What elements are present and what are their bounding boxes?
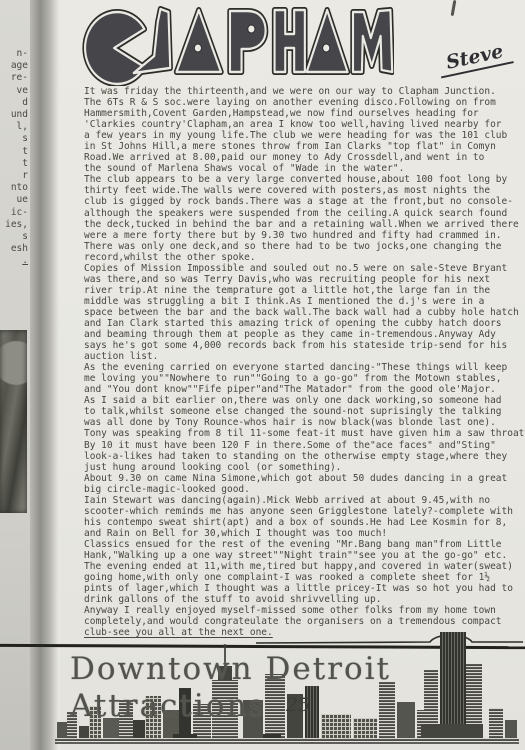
body-line: just hung around looking cool (or someth… — [84, 462, 524, 473]
body-line: the sound of Marlena Shaws vocal of "Wad… — [84, 163, 524, 174]
body-line: space between the bar and the back wall.… — [84, 307, 524, 318]
body-line: and "You dont know""Fife piper"and"The M… — [84, 384, 524, 395]
body-line: although the speakers were suspended fro… — [84, 208, 524, 219]
body-line: says he's got some 4,000 records back fr… — [84, 340, 524, 351]
body-line: The 6Ts R & S soc.were laying on another… — [84, 97, 524, 108]
body-line: and beaming through them at people as th… — [84, 329, 524, 340]
body-line: a few years in my young life.The club we… — [84, 130, 524, 141]
body-line: Road.We arrived at 8.00,paid our money t… — [84, 152, 524, 163]
body-line: was all done by Tony Rounce-whos hair is… — [84, 417, 524, 428]
body-line: 'Clarkies country'Clapham,an area I know… — [84, 119, 524, 130]
body-line: Anyway I really enjoyed myself-missed so… — [84, 605, 524, 616]
body-line: big circle-magic-looked good. — [84, 484, 524, 495]
body-line: thirty feet wide.The walls were covered … — [84, 185, 524, 196]
body-line: scooter-which reminds me has anyone seen… — [84, 506, 524, 517]
body-line: look-a-likes had taken to standing on th… — [84, 451, 524, 462]
body-line: Hank,"Walking up a one way street""Night… — [84, 550, 524, 561]
page-title: CLAPHAM — [0, 0, 1, 1]
body-line: completely,and would congrateulate the o… — [84, 616, 524, 627]
article-body: It was friday the thirteenth,and we were… — [84, 86, 524, 638]
fanzine-page-scan: n-agere-vedundl,sttrntoueic-ies,sesh. — [0, 0, 525, 750]
body-line: to talk,whilst someone else changed the … — [84, 406, 524, 417]
article-page: CLAPHAM Steve It was friday the thirteen… — [0, 0, 525, 750]
body-line: Hammersmith,Covent Garden,Hampstead,we n… — [84, 108, 524, 119]
body-line: going home,with only one complaint-I was… — [84, 572, 524, 583]
body-line: middle was struggling a bit I think.As I… — [84, 296, 524, 307]
body-line: club is gigged by rock bands.There was a… — [84, 196, 524, 207]
body-line: The evening ended at 11,with me,tired bu… — [84, 561, 524, 572]
body-line: About 9.30 on came Nina Simone,which got… — [84, 473, 524, 484]
body-line: record,whilst the other spoke. — [84, 252, 524, 263]
body-line: drink gallons of the stuff to avoid shri… — [84, 594, 524, 605]
body-line: his contempo sweat shirt(apt) and a box … — [84, 517, 524, 528]
page-number: 25 — [286, 694, 310, 716]
footer-headline-line1: Downtown Detroit — [70, 651, 391, 687]
body-line: river trip.At nine the temprature got a … — [84, 285, 524, 296]
clapham-title-art — [82, 6, 394, 86]
body-line: were a mere forty there but by 9.30 two … — [84, 230, 524, 241]
body-line: the deck,tucked in behind the bar and a … — [84, 219, 524, 230]
body-line: and Ian Clark started this amazing trick… — [84, 318, 524, 329]
body-line: By 10 it must have been 120 F in there.S… — [84, 440, 524, 451]
body-line: was there,and so was Terry Davis,who was… — [84, 274, 524, 285]
body-line: As I said a bit earlier on,there was onl… — [84, 395, 524, 406]
body-line: Iain Stewart was dancing(again).Mick Web… — [84, 495, 524, 506]
footer-headline-line2: Attractions — [70, 688, 266, 724]
body-line: in St Johns Hill,a mere stones throw fro… — [84, 141, 524, 152]
body-line: There was only one deck,and so there had… — [84, 241, 524, 252]
body-line: pints of lager,which I thought was a lit… — [84, 583, 524, 594]
body-line: auction list. — [84, 351, 524, 362]
body-line: Copies of Mission Impossible and souled … — [84, 263, 524, 274]
body-line: Classics ensued for the rest of the even… — [84, 539, 524, 550]
body-line: Tony was speaking from 8 til 11-some fea… — [84, 428, 524, 439]
author-signature: Steve — [436, 39, 514, 79]
body-line: and Rain on Bell for 30,which I thought … — [84, 528, 524, 539]
body-line: me loving you""Nowhere to run""Going to … — [84, 373, 524, 384]
body-line: It was friday the thirteenth,and we were… — [84, 86, 524, 97]
body-line: As the evening carried on everyone start… — [84, 362, 524, 373]
body-line: The club appears to be a very large conv… — [84, 174, 524, 185]
staple-mark — [451, 0, 457, 16]
